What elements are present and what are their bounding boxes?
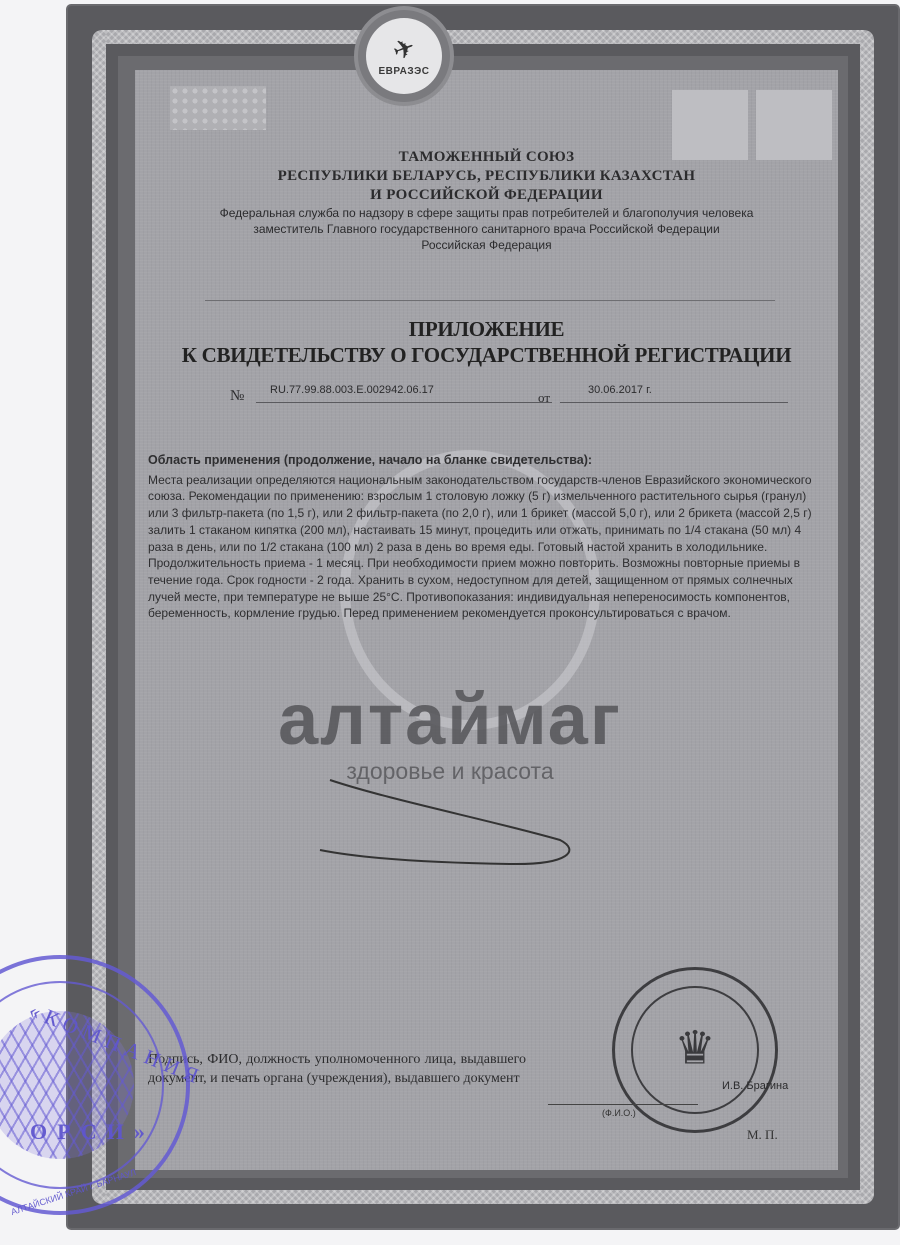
signature-line [548,1104,698,1105]
stamp-place-mark: М. П. [747,1127,778,1143]
emblem-label: ЕВРАЗЭС [378,66,429,77]
application-scope: Область применения (продолжение, начало … [148,452,818,622]
official-seal: ♛ [612,967,778,1133]
signature-initials-hint: (Ф.И.О.) [602,1108,636,1118]
handwritten-signature [310,760,590,870]
company-stamp-name2: ОРСИ» [30,1119,155,1145]
printer-footer [628,1234,630,1240]
section-text: Места реализации определяются национальн… [148,472,818,622]
section-title: Область применения (продолжение, начало … [148,452,818,469]
signer-name: И.В. Брагина [722,1080,788,1092]
registration-row: № RU.77.99.88.003.Е.002942.06.17 от 30.0… [230,384,790,406]
registration-number: RU.77.99.88.003.Е.002942.06.17 [256,384,552,403]
document-title: ПРИЛОЖЕНИЕ К СВИДЕТЕЛЬСТВУ О ГОСУДАРСТВЕ… [135,316,838,368]
date-label: от [538,390,550,406]
authority-caption-line [205,300,775,308]
eurasec-emblem: ✈ ЕВРАЗЭС [358,10,450,102]
eurasec-logo-icon: ✈ [389,33,418,65]
agency-heading: Федеральная служба по надзору в сфере за… [135,205,838,253]
registration-date: 30.06.2017 г. [560,384,788,403]
customs-union-heading: ТАМОЖЕННЫЙ СОЮЗ РЕСПУБЛИКИ БЕЛАРУСЬ, РЕС… [135,148,838,205]
russian-coat-of-arms-icon: ♛ [674,1020,715,1074]
number-label: № [230,388,244,405]
guilloche-ornament-left [170,86,266,130]
registration-caption [320,440,650,446]
brand-name: алтаймаг [210,680,690,760]
